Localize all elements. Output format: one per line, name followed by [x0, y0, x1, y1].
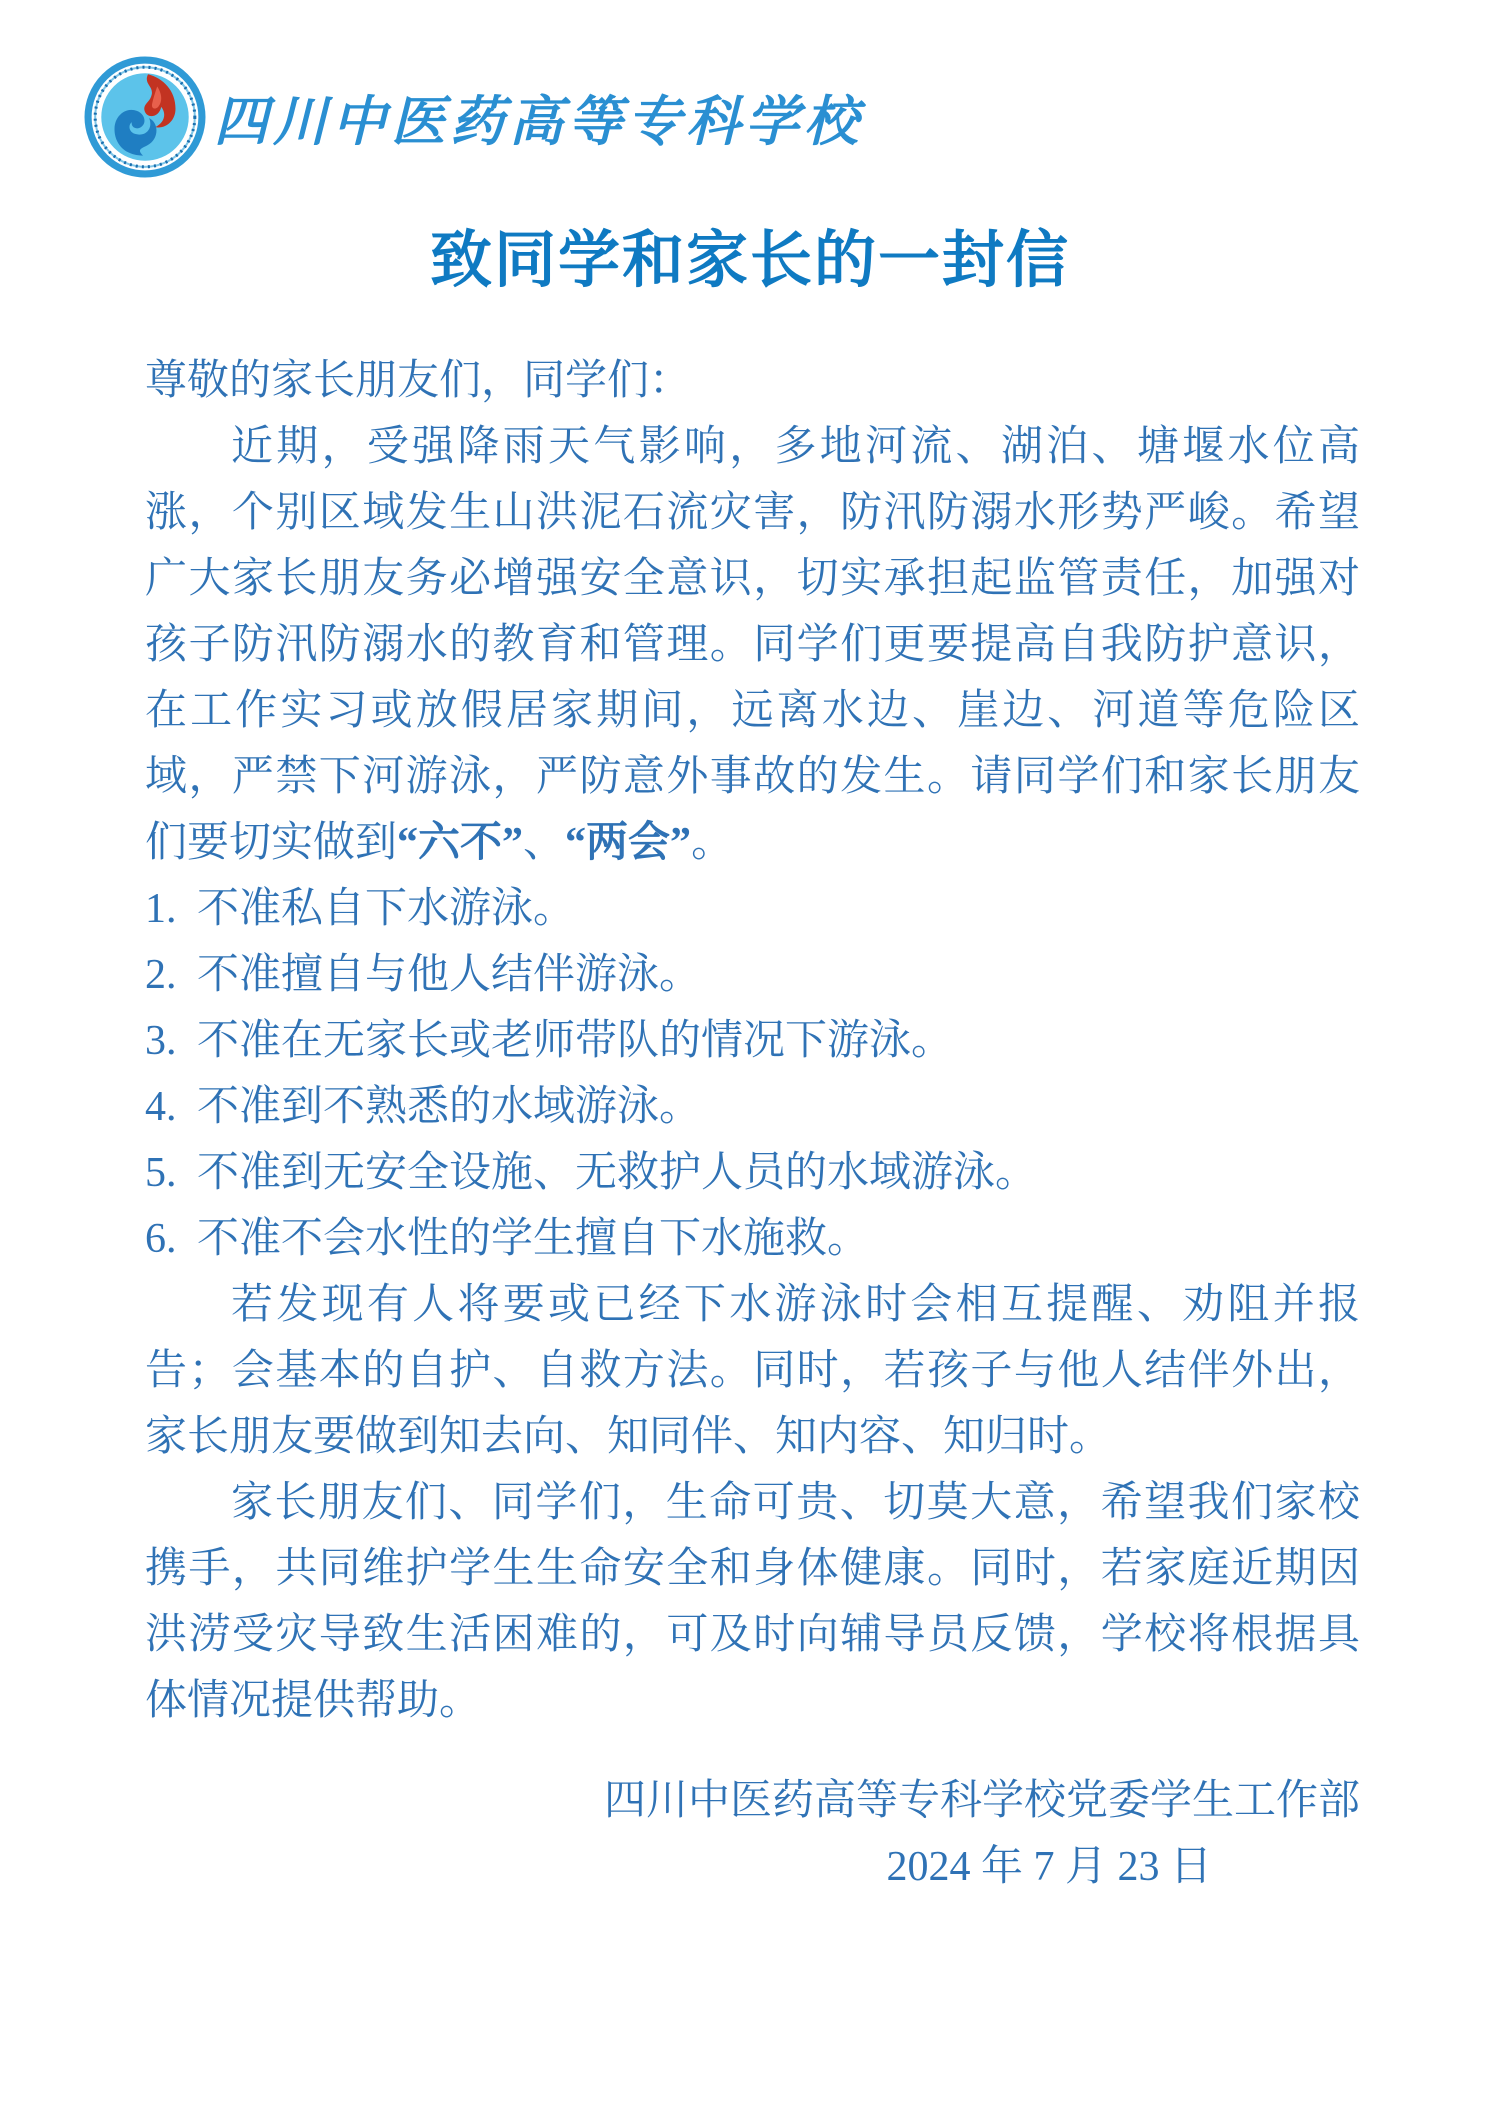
rule-item-3: 3.不准在无家长或老师带队的情况下游泳。	[145, 1008, 1360, 1074]
rule-item-2: 2.不准擅自与他人结伴游泳。	[145, 942, 1360, 1008]
signature-block: 四川中医药高等专科学校党委学生工作部 2024 年 7 月 23 日	[145, 1768, 1360, 1900]
rule-text: 不准擅自与他人结伴游泳。	[197, 952, 701, 998]
paragraph-1-text: 近期，受强降雨天气影响，多地河流、湖泊、塘堰水位高涨，个别区域发生山洪泥石流灾害…	[145, 424, 1360, 866]
letter-title: 致同学和家长的一封信	[0, 210, 1500, 299]
paragraph-1-period: 。	[691, 820, 733, 866]
letter-body: 尊敬的家长朋友们，同学们： 近期，受强降雨天气影响，多地河流、湖泊、塘堰水位高涨…	[145, 348, 1360, 1900]
six-nos-term: “六不”	[397, 820, 523, 866]
paragraph-1: 近期，受强降雨天气影响，多地河流、湖泊、塘堰水位高涨，个别区域发生山洪泥石流灾害…	[145, 414, 1360, 876]
signature-line: 四川中医药高等专科学校党委学生工作部	[145, 1768, 1360, 1834]
rule-number: 6.	[145, 1206, 197, 1272]
school-emblem-icon	[84, 56, 206, 178]
rule-number: 3.	[145, 1008, 197, 1074]
rule-number: 2.	[145, 942, 197, 1008]
salutation: 尊敬的家长朋友们，同学们：	[145, 348, 1360, 414]
term-separator: 、	[523, 820, 565, 866]
rule-number: 1.	[145, 876, 197, 942]
paragraph-3: 家长朋友们、同学们，生命可贵、切莫大意，希望我们家校携手，共同维护学生生命安全和…	[145, 1470, 1360, 1734]
rule-text: 不准不会水性的学生擅自下水施救。	[197, 1216, 869, 1262]
letter-page: 四川中医药高等专科学校 致同学和家长的一封信 尊敬的家长朋友们，同学们： 近期，…	[0, 0, 1500, 2121]
rule-item-5: 5.不准到无安全设施、无救护人员的水域游泳。	[145, 1140, 1360, 1206]
rule-item-6: 6.不准不会水性的学生擅自下水施救。	[145, 1206, 1360, 1272]
paragraph-2: 若发现有人将要或已经下水游泳时会相互提醒、劝阻并报告；会基本的自护、自救方法。同…	[145, 1272, 1360, 1470]
rule-number: 5.	[145, 1140, 197, 1206]
rule-text: 不准到无安全设施、无救护人员的水域游泳。	[197, 1150, 1037, 1196]
rule-item-4: 4.不准到不熟悉的水域游泳。	[145, 1074, 1360, 1140]
rule-item-1: 1.不准私自下水游泳。	[145, 876, 1360, 942]
rule-text: 不准在无家长或老师带队的情况下游泳。	[197, 1018, 953, 1064]
school-name: 四川中医药高等专科学校	[214, 79, 863, 156]
rule-text: 不准私自下水游泳。	[197, 886, 575, 932]
rule-number: 4.	[145, 1074, 197, 1140]
school-logo: 四川中医药高等专科学校	[84, 56, 863, 178]
two-cans-term: “两会”	[565, 820, 691, 866]
rule-text: 不准到不熟悉的水域游泳。	[197, 1084, 701, 1130]
date-line: 2024 年 7 月 23 日	[145, 1834, 1360, 1900]
